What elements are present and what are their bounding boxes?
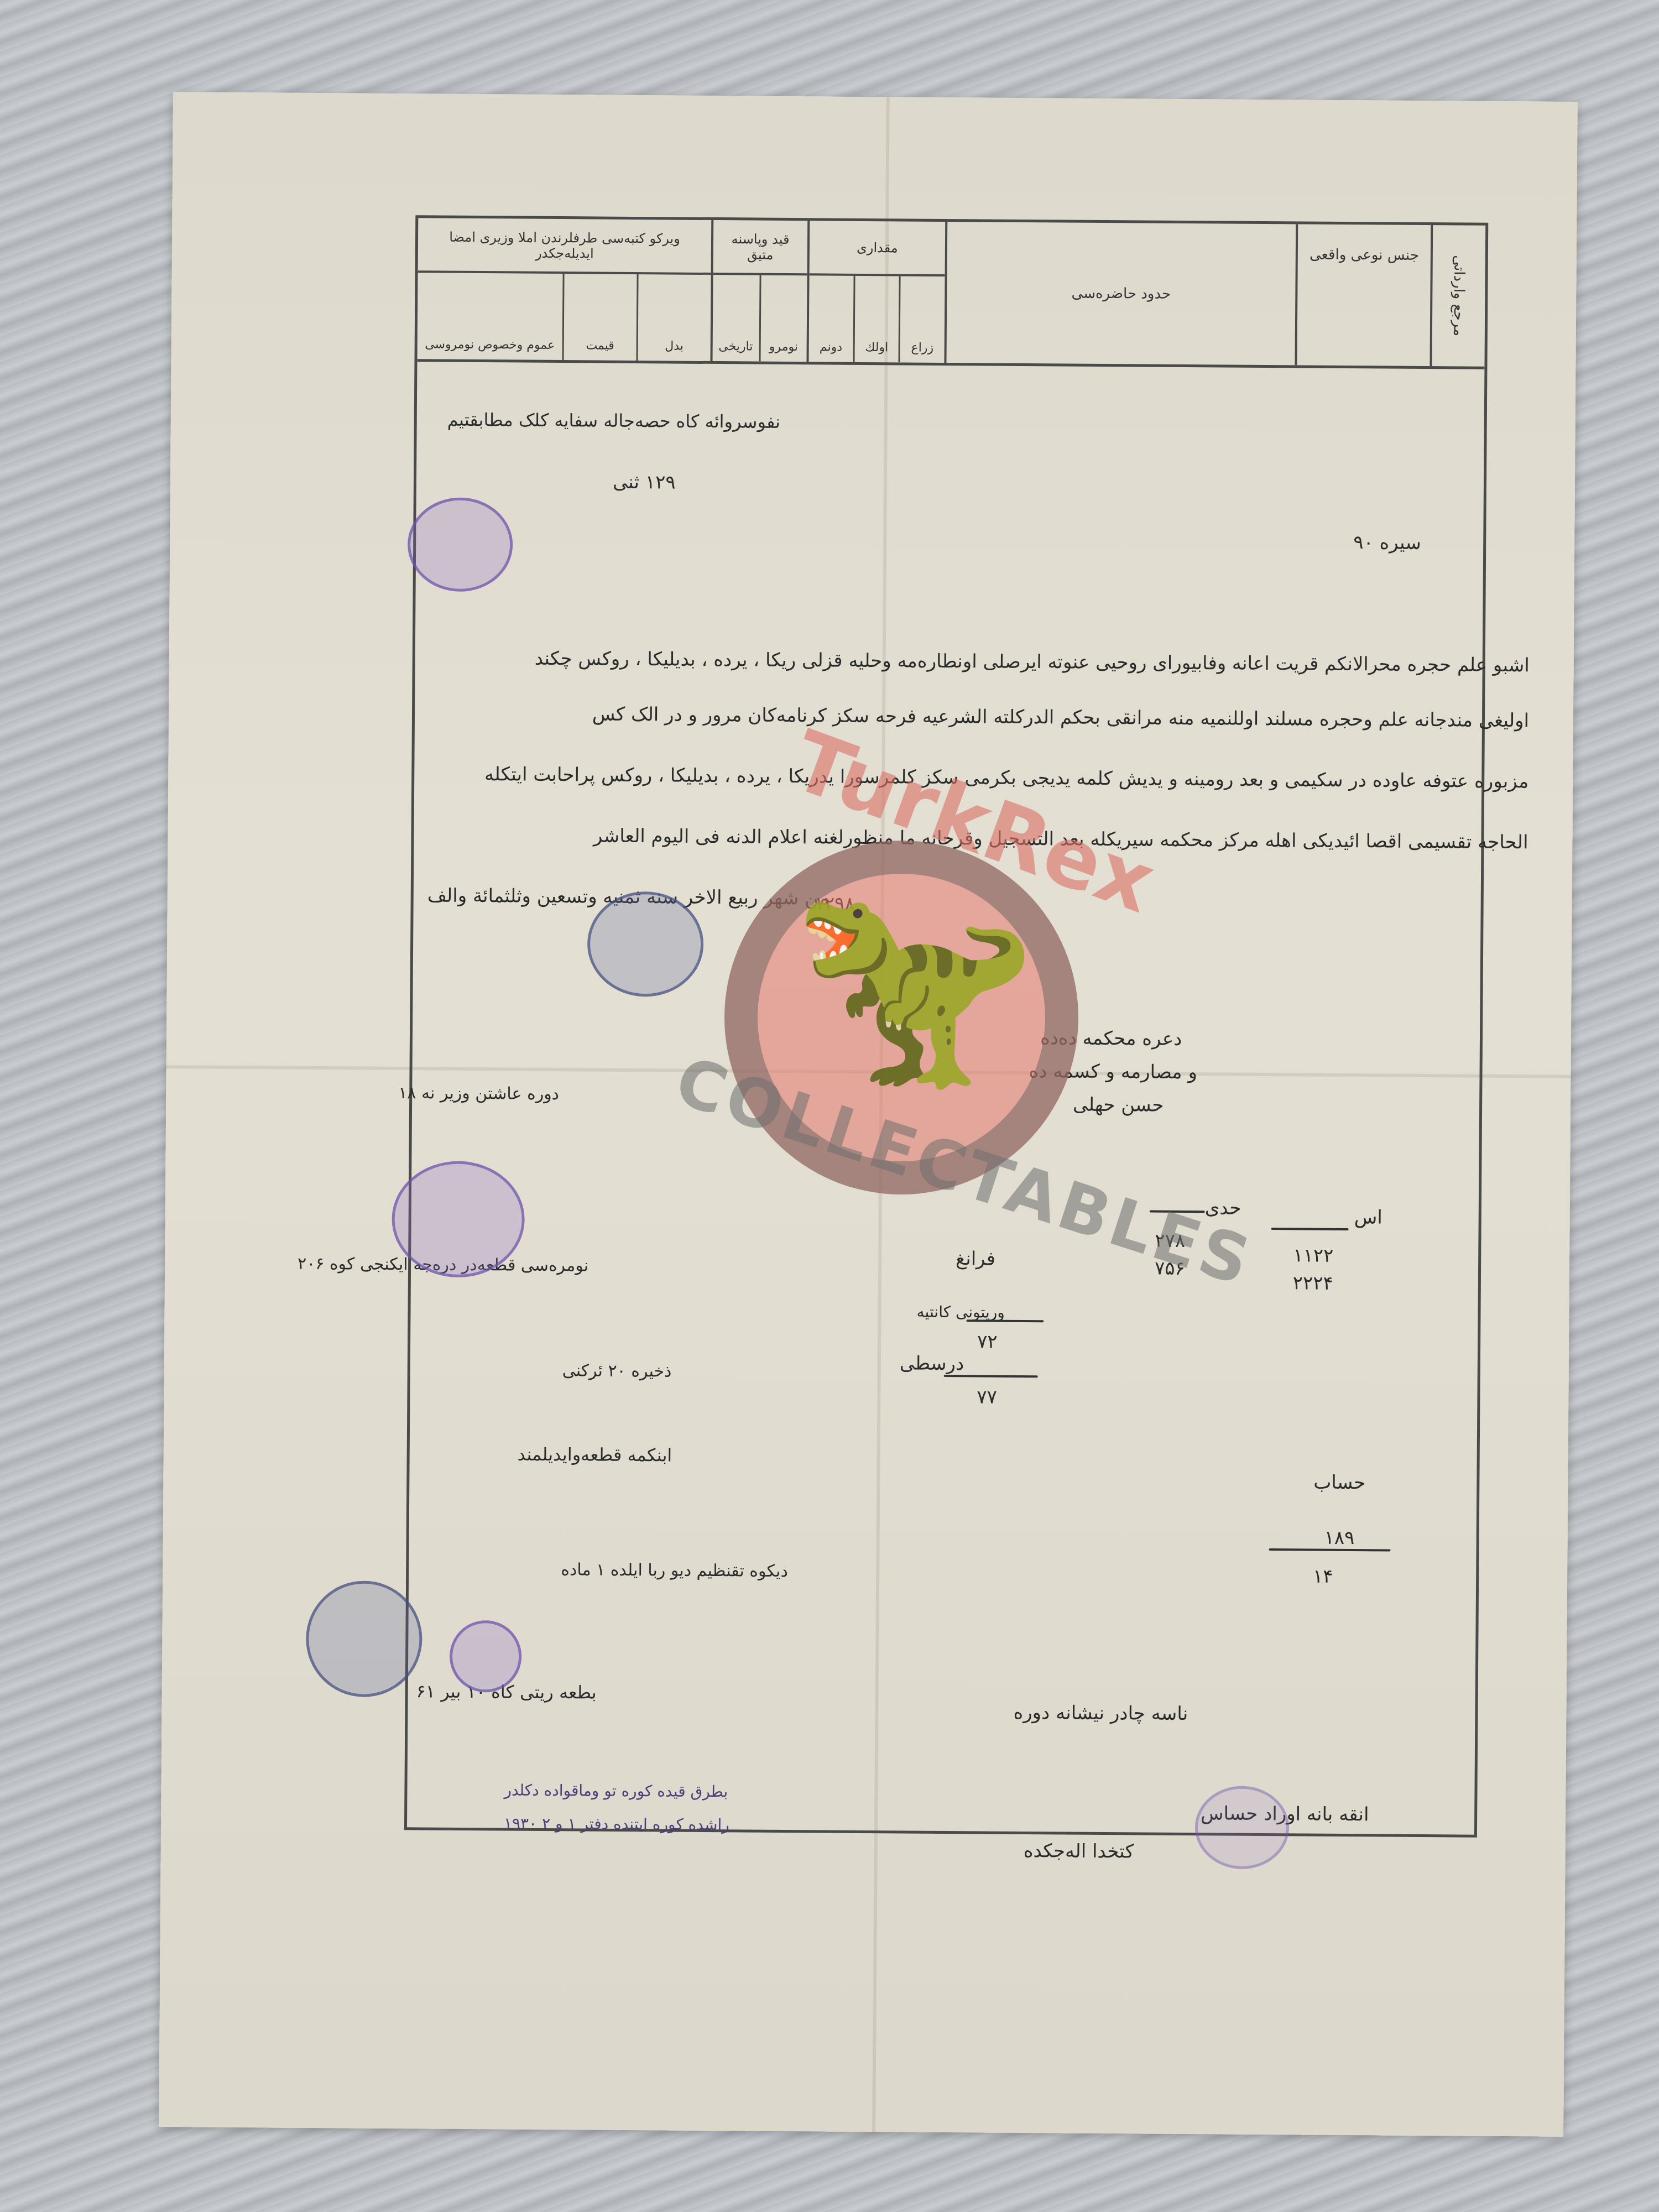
seal-stamp [392,1161,525,1278]
left-note-4: ابنکمه قطعه‌وایدیلمند [518,1444,672,1466]
calc-label-1: فرانغ [956,1248,995,1270]
bottom-note-5: کتخدا اله‌جکده [1024,1840,1134,1863]
header-tax-info: ویرکو کتبه‌سی طرفلرندن املا وزیری امضا ا… [418,218,712,361]
signature-name: حسن حهلی [1073,1094,1164,1117]
bottom-total: ۱۸۹ [1324,1527,1355,1549]
dinosaur-icon: 🦖 [791,885,1039,1084]
seal-stamp [408,497,513,592]
calc-total: ۷۷ [977,1386,997,1408]
calc-label-2: وریتونی کانتیه [916,1303,1005,1322]
calc-a-val-2: ۲۲۲۴ [1293,1272,1333,1295]
seal-stamp [1194,1786,1289,1869]
header-reference: مرجع وارداتی [1430,225,1485,367]
header-boundaries: حدود حاضره‌سی [944,222,1296,365]
calc-label-3: درسطی [900,1352,964,1375]
page-ref: سیره ۹۰ [1353,531,1421,554]
bottom-note-2: راشده کوره ایتنده دفتر ۱ و ۲ ۱۹۳۰ [504,1814,729,1834]
header-old-record: قید وپاسنه متیق نومرو تاریخی [711,220,808,362]
seal-stamp [450,1620,522,1693]
header-quantity: مقداری زراع اولك دونم [806,221,945,363]
left-note-1: دوره عاشتن وزیر نه ۱۸ [398,1083,559,1104]
calc-a-label: اس [1354,1206,1383,1228]
bottom-note-1: بطرق قیده کوره تو وماقواده دکلدر [504,1781,728,1801]
left-note-3: ذخیره ۲۰ ئرکنی [562,1361,672,1381]
calc-a-val-1: ۱۱۲۲ [1293,1244,1333,1267]
seal-stamp [587,891,703,997]
header-type: جنس نوعی واقعی [1295,224,1431,366]
bottom-val-1: ۱۴ [1313,1566,1333,1588]
calc-subtotal: ۷۲ [977,1331,998,1353]
date-note: ۱۲۹ ثنی [613,471,676,494]
left-note-5: دیکوه تقنظیم دیو ربا ایلده ۱ ماده [561,1560,788,1581]
calc-label-4: حساب [1313,1472,1365,1494]
seal-stamp [306,1580,422,1697]
form-header-table: مرجع وارداتی جنس نوعی واقعی حدود حاضره‌س… [417,218,1485,369]
bottom-note-3: ناسه چادر نیشانه دوره [1013,1702,1188,1725]
top-note: نفوسروائه کاه حصه‌جاله سفایه کلک مطابقتی… [447,409,781,432]
